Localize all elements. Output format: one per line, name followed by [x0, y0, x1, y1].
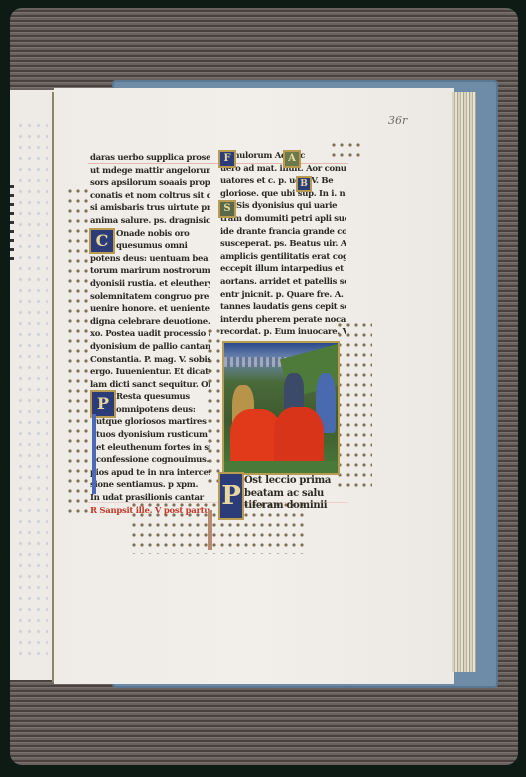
- text-column-lesson: Ost leccio prima beatam ac salu tiferam …: [244, 473, 344, 511]
- left-page: [10, 90, 54, 680]
- text-line: solemnitatem congruo pre: [90, 291, 210, 304]
- text-line: gloriose. que ubi sup. In i. n. a.: [220, 188, 346, 201]
- text-line: amplicis gentilitatis erat cognoiint: [220, 251, 346, 264]
- text-line: si amisbaris trus uirtute pro nit: [90, 202, 210, 215]
- text-line: digna celebrare deuotione. p: [90, 316, 210, 329]
- miniature-martyrdom: [222, 341, 340, 475]
- text-line: daras uerbo supplica proseqnamur: [90, 152, 210, 165]
- text-line: ide drante francia grande congrande: [220, 226, 346, 239]
- folio-number: 36r: [388, 114, 407, 127]
- text-line: anima salure. ps. dragnisicat.: [90, 215, 210, 228]
- initial-tail-decoration: [92, 414, 96, 494]
- text-line: xo. Postea uadit processio ad lam: [90, 328, 210, 341]
- text-line: conatis et nom coltrus sit drom: [90, 190, 210, 203]
- border-vine-left: [66, 186, 88, 516]
- text-line: confessione cognouimus.: [90, 454, 210, 467]
- text-line: beatam ac salu: [244, 486, 344, 499]
- text-column-left: daras uerbo supplica proseqnamur ut mdeg…: [90, 152, 210, 517]
- text-column-right: Famulorum Ad dec uero ad mat. inuit. Aor…: [220, 150, 346, 339]
- initial-b: B: [296, 176, 312, 192]
- gutter: [52, 92, 54, 682]
- left-page-text-edge: [10, 185, 14, 265]
- initial-f: F: [218, 150, 236, 168]
- text-line: utque gloriosos martires: [90, 416, 210, 429]
- show-through-decoration: [16, 120, 48, 660]
- text-line: torum marirum nostrorum: [90, 265, 210, 278]
- text-line: Ost leccio prima: [244, 473, 344, 486]
- text-line: interdu pherem perate nocaturo: [220, 314, 346, 327]
- text-line: Constantia. P. mag. V. sobis: [90, 354, 210, 367]
- text-line: uatores et c. p. uen. V. Be: [220, 175, 346, 188]
- initial-tail-decoration: [208, 510, 212, 550]
- rubric-line: R Sanpsit ille. V post partu. oro: [90, 505, 210, 518]
- text-line: Sis dyonisius qui uarie: [220, 200, 346, 213]
- initial-s: S: [218, 200, 236, 218]
- text-line: eccepit illum intarpedius et talore tum: [220, 263, 346, 276]
- illuminated-initial-p-large: P: [218, 472, 244, 520]
- text-line: entr jnicnit. p. Quare fre. A. Fon: [220, 289, 346, 302]
- executioner-center: [284, 373, 304, 411]
- initial-a: A: [283, 150, 301, 168]
- text-line: tuos dyonisium rusticum: [90, 429, 210, 442]
- text-line: dyonisium de pallio cantando. R: [90, 341, 210, 354]
- text-line: uenire honore. et uenientem: [90, 303, 210, 316]
- text-line: sors apsilorum soaais propterramm: [90, 177, 210, 190]
- text-line: potens deus: uentuam bea: [90, 253, 210, 266]
- text-line: dyonisii rustia. et eleuthery: [90, 278, 210, 291]
- fore-edge-leaves: [452, 92, 476, 672]
- text-line: tiferam dominii: [244, 498, 344, 511]
- text-line: ergo. Iuuenientur. Et dicatur altatis: [90, 366, 210, 379]
- text-line: In udat prasilionis cantar: [90, 492, 210, 505]
- text-line: tannes laudatis gens cepit seuienter: [220, 301, 346, 314]
- text-line: pios apud te in nra interces: [90, 467, 210, 480]
- text-line: ut mdege mattir angelorum con: [90, 165, 210, 178]
- text-line: recordat. p. Eum inuocare. V. Afram: [220, 326, 346, 339]
- text-line: susceperat. ps. Beatus uir. A. Quo: [220, 238, 346, 251]
- saint-red-robe-right: [274, 407, 324, 469]
- text-line: aortans. arridet et patellis sed dno du: [220, 276, 346, 289]
- text-line: tram domumiti petri apli successore: [220, 213, 346, 226]
- text-line: sione sentiamus. p xpm.: [90, 479, 210, 492]
- text-line: et eleuthenum fortes in sua: [90, 442, 210, 455]
- illuminated-initial-c: C: [89, 228, 115, 254]
- border-vine-right: [336, 320, 372, 490]
